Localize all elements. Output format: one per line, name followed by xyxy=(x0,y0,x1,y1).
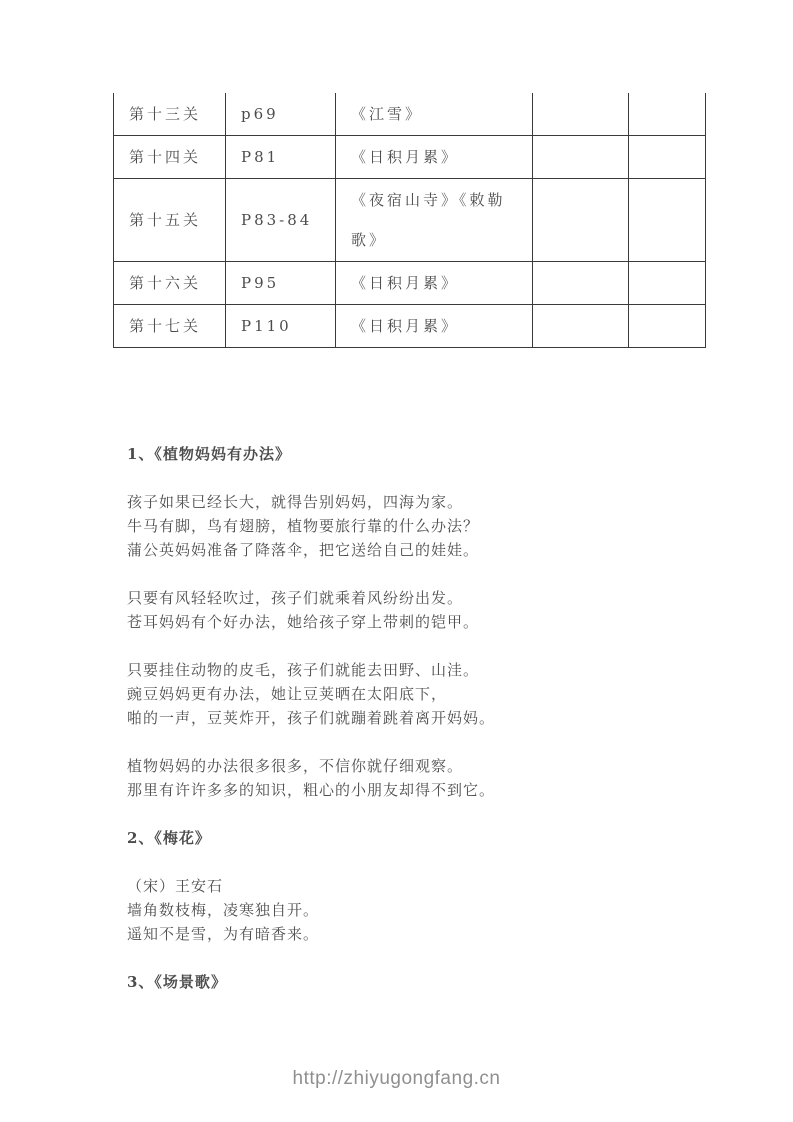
table-cell-page: P81 xyxy=(226,136,336,179)
poem-line: 植物妈妈的办法很多很多，不信你就仔细观察。 xyxy=(127,754,687,778)
table-row: 第十三关 p69 《江雪》 xyxy=(114,93,706,136)
table-cell-empty xyxy=(629,93,706,136)
poem-stanza: 只要挂住动物的皮毛，孩子们就能去田野、山洼。 豌豆妈妈更有办法，她让豆荚晒在太阳… xyxy=(127,658,687,730)
poem-line: 苍耳妈妈有个好办法，她给孩子穿上带刺的铠甲。 xyxy=(127,610,687,634)
table-cell-level: 第十六关 xyxy=(114,262,226,305)
table-row: 第十四关 P81 《日积月累》 xyxy=(114,136,706,179)
poem-stanza: 只要有风轻轻吹过，孩子们就乘着风纷纷出发。 苍耳妈妈有个好办法，她给孩子穿上带刺… xyxy=(127,586,687,634)
footer-url: http://zhiyugongfang.cn xyxy=(293,1068,501,1089)
poem-line: 遥知不是雪，为有暗香来。 xyxy=(127,922,687,946)
table-cell-empty xyxy=(629,179,706,262)
table-cell-empty xyxy=(533,179,629,262)
table-cell-level: 第十五关 xyxy=(114,179,226,262)
table-cell-page: p69 xyxy=(226,93,336,136)
page-footer: http://zhiyugongfang.cn xyxy=(0,1068,793,1090)
poem-author-line: （宋）王安石 xyxy=(127,874,687,898)
table-row: 第十七关 P110 《日积月累》 xyxy=(114,305,706,348)
poem-line: 蒲公英妈妈准备了降落伞，把它送给自己的娃娃。 xyxy=(127,538,687,562)
table-cell-page: P83-84 xyxy=(226,179,336,262)
poem-line: 孩子如果已经长大，就得告别妈妈，四海为家。 xyxy=(127,490,687,514)
table-cell-empty xyxy=(629,262,706,305)
table-cell-page: P110 xyxy=(226,305,336,348)
table-cell-title: 《日积月累》 xyxy=(336,262,533,305)
poem-stanza: 植物妈妈的办法很多很多，不信你就仔细观察。 那里有许许多多的知识，粗心的小朋友却… xyxy=(127,754,687,802)
table-cell-title: 《江雪》 xyxy=(336,93,533,136)
table-cell-empty xyxy=(533,136,629,179)
poem-stanza: （宋）王安石 墙角数枝梅，凌寒独自开。 遥知不是雪，为有暗香来。 xyxy=(127,874,687,946)
table-cell-level: 第十三关 xyxy=(114,93,226,136)
section-heading-2: 2、《梅花》 xyxy=(127,826,687,850)
table-cell-title: 《日积月累》 xyxy=(336,136,533,179)
section-heading-1: 1、《植物妈妈有办法》 xyxy=(127,442,687,466)
table-cell-page: P95 xyxy=(226,262,336,305)
table-row: 第十六关 P95 《日积月累》 xyxy=(114,262,706,305)
poem-line: 只要挂住动物的皮毛，孩子们就能去田野、山洼。 xyxy=(127,658,687,682)
table-row: 第十五关 P83-84 《夜宿山寺》《敕勒歌》 xyxy=(114,179,706,262)
poem-line: 只要有风轻轻吹过，孩子们就乘着风纷纷出发。 xyxy=(127,586,687,610)
poem-line: 豌豆妈妈更有办法，她让豆荚晒在太阳底下， xyxy=(127,682,687,706)
table-cell-empty xyxy=(629,305,706,348)
poem-stanza: 孩子如果已经长大，就得告别妈妈，四海为家。 牛马有脚，鸟有翅膀，植物要旅行靠的什… xyxy=(127,490,687,562)
poem-line: 牛马有脚，鸟有翅膀，植物要旅行靠的什么办法？ xyxy=(127,514,687,538)
poem-line: 那里有许许多多的知识，粗心的小朋友却得不到它。 xyxy=(127,778,687,802)
table-cell-title: 《日积月累》 xyxy=(336,305,533,348)
table-cell-empty xyxy=(533,305,629,348)
section-heading-3: 3、《场景歌》 xyxy=(127,970,687,994)
table-cell-empty xyxy=(629,136,706,179)
table-cell-level: 第十七关 xyxy=(114,305,226,348)
checkpoint-table: 第十三关 p69 《江雪》 第十四关 P81 《日积月累》 第十五关 P83-8… xyxy=(113,93,706,348)
poem-line: 墙角数枝梅，凌寒独自开。 xyxy=(127,898,687,922)
document-body: 1、《植物妈妈有办法》 孩子如果已经长大，就得告别妈妈，四海为家。 牛马有脚，鸟… xyxy=(127,442,687,1018)
table-cell-title: 《夜宿山寺》《敕勒歌》 xyxy=(336,179,533,262)
table-cell-empty xyxy=(533,262,629,305)
table-cell-level: 第十四关 xyxy=(114,136,226,179)
table-cell-empty xyxy=(533,93,629,136)
poem-line: 啪的一声，豆荚炸开，孩子们就蹦着跳着离开妈妈。 xyxy=(127,706,687,730)
